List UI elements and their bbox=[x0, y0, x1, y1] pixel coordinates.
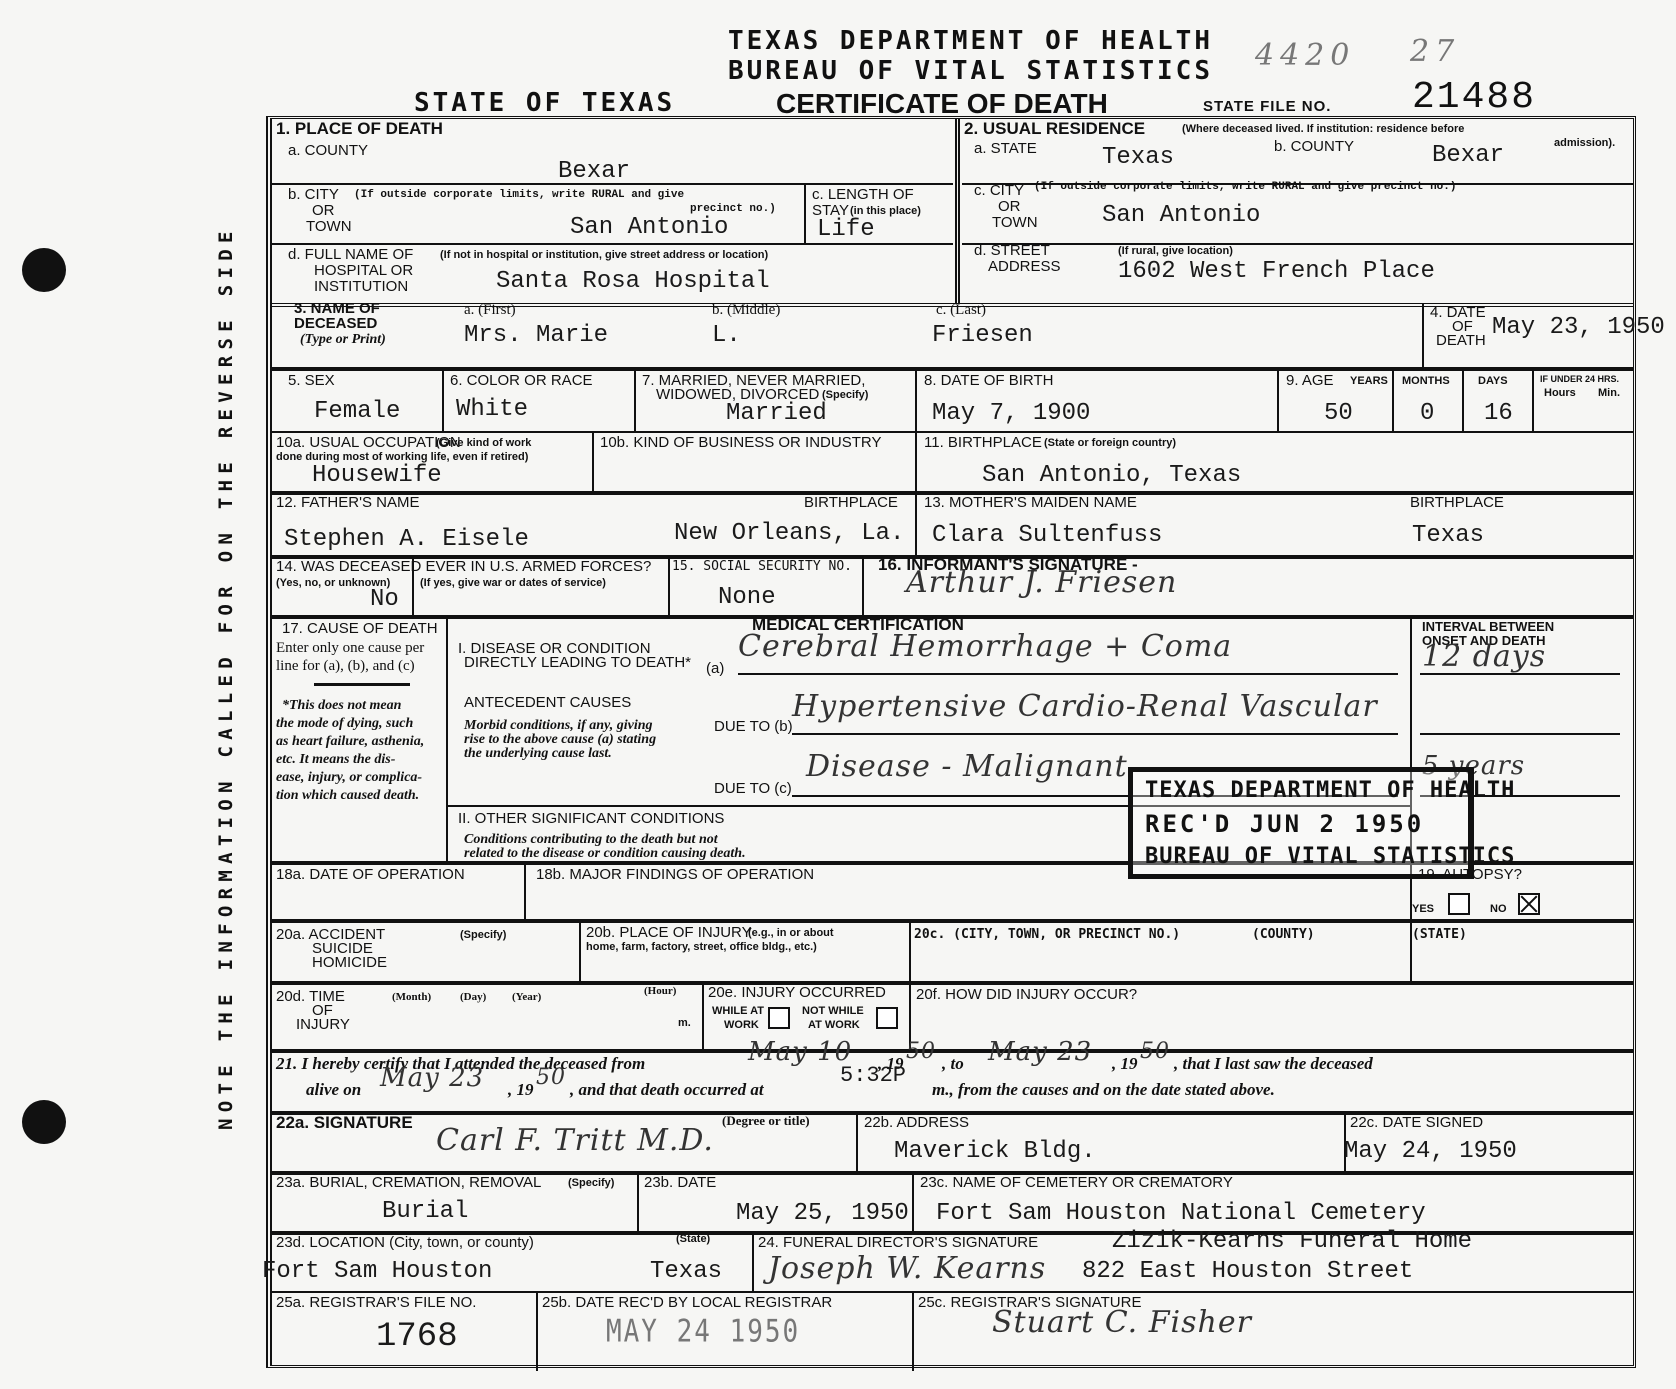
sex-label: 5. SEX bbox=[288, 373, 335, 388]
war-dates-hint: (If yes, give war or dates of service) bbox=[420, 577, 606, 589]
res-city-label: c. CITY bbox=[974, 183, 1024, 198]
alive-on-text: alive on bbox=[306, 1081, 361, 1099]
alive-on-field[interactable]: May 23 bbox=[380, 1063, 484, 1093]
city-hint: (If outside corporate limits, write RURA… bbox=[354, 189, 684, 201]
time-label: 20d. TIME bbox=[276, 989, 345, 1004]
attended-to-field[interactable]: May 23 bbox=[988, 1037, 1092, 1067]
first-name-label: a. (First) bbox=[464, 303, 516, 318]
name-of-label: 3. NAME OF bbox=[294, 301, 380, 316]
death-label: DEATH bbox=[1436, 333, 1486, 348]
funeral-director-signature[interactable]: Joseph W. Kearns bbox=[768, 1251, 1046, 1286]
degree-label: (Degree or title) bbox=[722, 1115, 810, 1127]
day-label: (Day) bbox=[460, 991, 486, 1003]
cause-instruction-2: line for (a), (b), and (c) bbox=[276, 659, 415, 674]
min-label: Min. bbox=[1598, 387, 1620, 399]
antecedent-label: ANTECEDENT CAUSES bbox=[464, 695, 631, 710]
autopsy-no-checkbox[interactable] bbox=[1518, 893, 1540, 915]
cause-a-line bbox=[738, 673, 1398, 675]
age-label: 9. AGE bbox=[1286, 373, 1334, 388]
autopsy-label: 19. AUTOPSY? bbox=[1418, 867, 1522, 882]
department-title: TEXAS DEPARTMENT OF HEALTH bbox=[728, 26, 1213, 56]
funeral-address-field[interactable]: 822 East Houston Street bbox=[1082, 1259, 1413, 1285]
death-time-field[interactable]: 5:32P bbox=[840, 1063, 906, 1089]
res-city-hint: (If outside corporate limits, write RURA… bbox=[1034, 181, 1456, 193]
handwritten-ref-1: 4420 bbox=[1255, 38, 1355, 73]
cemetery-field[interactable]: Fort Sam Houston National Cemetery bbox=[936, 1201, 1426, 1227]
interval-a-field[interactable]: 12 days bbox=[1422, 639, 1546, 674]
location-label: 23d. LOCATION (City, town, or county) bbox=[276, 1235, 534, 1250]
city-label: b. CITY bbox=[288, 187, 339, 202]
age-days-field[interactable]: 16 bbox=[1484, 401, 1513, 427]
note-line-5: ease, injury, or complica- bbox=[276, 769, 422, 787]
place-of-injury-hint-2: home, farm, factory, street, office bldg… bbox=[586, 941, 817, 953]
burial-date-label: 23b. DATE bbox=[644, 1175, 716, 1190]
autopsy-no-label: NO bbox=[1490, 903, 1507, 915]
hospital-label: d. FULL NAME OF bbox=[288, 247, 413, 262]
place-of-death-label: 1. PLACE OF DEATH bbox=[276, 121, 443, 136]
res-city-field[interactable]: San Antonio bbox=[1102, 203, 1260, 229]
length-of-stay-label: c. LENGTH OF bbox=[812, 187, 914, 202]
hospital-field[interactable]: Santa Rosa Hospital bbox=[496, 269, 770, 295]
certify-text-6: , 19 bbox=[508, 1081, 534, 1099]
stay-field[interactable]: Life bbox=[817, 217, 875, 243]
work-label: WORK bbox=[724, 1019, 759, 1031]
father-label: 12. FATHER'S NAME bbox=[276, 495, 419, 510]
date-signed-field[interactable]: May 24, 1950 bbox=[1344, 1139, 1517, 1165]
stamp-line-2: REC'D JUN 2 1950 bbox=[1145, 810, 1424, 838]
occupation-label: 10a. USUAL OCCUPATION bbox=[276, 435, 461, 450]
state-title: STATE OF TEXAS bbox=[414, 88, 675, 118]
note-line-4: etc. It means the dis- bbox=[276, 751, 395, 769]
injury-label: INJURY bbox=[296, 1017, 350, 1032]
other-conditions-label: II. OTHER SIGNIFICANT CONDITIONS bbox=[458, 811, 724, 826]
at-work-label: AT WORK bbox=[808, 1019, 860, 1031]
under-24-label: IF UNDER 24 HRS. bbox=[1540, 373, 1619, 385]
burial-hint: (Specify) bbox=[568, 1177, 614, 1189]
res-state-label: a. STATE bbox=[974, 141, 1037, 156]
certify-text-4: , 19 bbox=[1112, 1055, 1138, 1073]
cemetery-label: 23c. NAME OF CEMETERY OR CREMATORY bbox=[920, 1175, 1233, 1190]
cause-label: 17. CAUSE OF DEATH bbox=[282, 621, 438, 636]
middle-name-field[interactable]: L. bbox=[712, 323, 741, 349]
burial-date-field[interactable]: May 25, 1950 bbox=[736, 1201, 909, 1227]
occupation-field[interactable]: Housewife bbox=[312, 463, 442, 489]
birthplace-hint: (State or foreign country) bbox=[1044, 437, 1176, 449]
county-label: a. COUNTY bbox=[288, 143, 368, 158]
street-field[interactable]: 1602 West French Place bbox=[1118, 259, 1435, 285]
father-birthplace-label: BIRTHPLACE bbox=[804, 495, 898, 510]
binder-hole-bottom bbox=[22, 1100, 66, 1144]
race-field[interactable]: White bbox=[456, 397, 528, 423]
physician-address-field[interactable]: Maverick Bldg. bbox=[894, 1139, 1096, 1165]
cause-a-label: (a) bbox=[706, 661, 724, 676]
certify-text-8: m., from the causes and on the date stat… bbox=[932, 1081, 1275, 1099]
hospital-or-label: HOSPITAL OR bbox=[314, 263, 413, 278]
reverse-side-note: NOTE THE INFORMATION CALLED FOR ON THE R… bbox=[215, 225, 237, 1130]
address-label: ADDRESS bbox=[988, 259, 1061, 274]
how-injury-label: 20f. HOW DID INJURY OCCUR? bbox=[916, 987, 1137, 1002]
or-label: OR bbox=[312, 203, 335, 218]
m-label: m. bbox=[678, 1017, 691, 1029]
registrar-signature[interactable]: Stuart C. Fisher bbox=[992, 1305, 1252, 1340]
days-label: DAYS bbox=[1478, 375, 1508, 387]
industry-label: 10b. KIND OF BUSINESS OR INDUSTRY bbox=[600, 435, 881, 450]
injury-city-label: 20c. (CITY, TOWN, OR PRECINCT NO.) bbox=[914, 927, 1180, 942]
cause-c-label: DUE TO (c) bbox=[714, 781, 792, 796]
death-city-field[interactable]: San Antonio bbox=[570, 215, 728, 241]
res-state-field[interactable]: Texas bbox=[1102, 145, 1174, 171]
while-at-work-checkbox[interactable] bbox=[768, 1007, 790, 1029]
handwritten-ref-2: 27 bbox=[1410, 34, 1460, 69]
mother-field[interactable]: Clara Sultenfuss bbox=[932, 523, 1162, 549]
usual-residence-label: 2. USUAL RESIDENCE bbox=[964, 121, 1145, 136]
month-label: (Month) bbox=[392, 991, 431, 1003]
cause-b-label: DUE TO (b) bbox=[714, 719, 793, 734]
certificate-form: 1. PLACE OF DEATH a. COUNTY Bexar b. CIT… bbox=[266, 116, 1636, 1368]
burial-location-field[interactable]: Fort Sam Houston bbox=[262, 1259, 492, 1285]
age-years-field[interactable]: 50 bbox=[1324, 401, 1353, 427]
not-while-at-work-checkbox[interactable] bbox=[876, 1007, 898, 1029]
marital-field[interactable]: Married bbox=[726, 401, 827, 427]
armed-forces-label: 14. WAS DECEASED EVER IN U.S. ARMED FORC… bbox=[276, 559, 651, 574]
operation-date-label: 18a. DATE OF OPERATION bbox=[276, 867, 465, 882]
date-of-death-field[interactable]: May 23, 1950 bbox=[1492, 315, 1665, 341]
town-label: TOWN bbox=[306, 219, 352, 234]
res-town-label: TOWN bbox=[992, 215, 1038, 230]
signature-label: 22a. SIGNATURE bbox=[276, 1115, 413, 1130]
morbid-hint-3: the underlying cause last. bbox=[464, 745, 612, 763]
physician-signature[interactable]: Carl F. Tritt M.D. bbox=[436, 1123, 714, 1158]
armed-forces-field[interactable]: No bbox=[370, 587, 399, 613]
months-label: MONTHS bbox=[1402, 375, 1450, 387]
cause-b-line bbox=[792, 733, 1398, 735]
injury-occurred-label: 20e. INJURY OCCURRED bbox=[708, 985, 886, 1000]
ssn-field[interactable]: None bbox=[718, 585, 776, 611]
year-label: (Year) bbox=[512, 991, 541, 1003]
street-label: d. STREET bbox=[974, 243, 1050, 258]
burial-label: 23a. BURIAL, CREMATION, REMOVAL bbox=[276, 1175, 541, 1190]
cause-c-field[interactable]: Disease - Malignant bbox=[806, 749, 1128, 784]
res-county-field[interactable]: Bexar bbox=[1432, 143, 1504, 169]
type-or-print-label: (Type or Print) bbox=[300, 331, 386, 349]
from-year-field[interactable]: 50 bbox=[906, 1039, 936, 1064]
father-field[interactable]: Stephen A. Eisele bbox=[284, 527, 529, 553]
note-line-6: tion which caused death. bbox=[276, 787, 419, 805]
while-at-label: WHILE AT bbox=[712, 1005, 764, 1017]
note-line-1: *This does not mean bbox=[282, 697, 401, 715]
place-of-injury-hint: (e.g., in or about bbox=[748, 927, 834, 939]
mother-birthplace-label: BIRTHPLACE bbox=[1410, 495, 1504, 510]
registrar-file-label: 25a. REGISTRAR'S FILE NO. bbox=[276, 1295, 476, 1310]
residence-hint: (Where deceased lived. If institution: r… bbox=[1182, 123, 1464, 135]
occupation-hint: (Give kind of work bbox=[436, 437, 531, 449]
age-months-field[interactable]: 0 bbox=[1420, 401, 1434, 427]
father-birthplace-field[interactable]: New Orleans, La. bbox=[674, 521, 904, 547]
address-label: 22b. ADDRESS bbox=[864, 1115, 969, 1130]
mother-label: 13. MOTHER'S MAIDEN NAME bbox=[924, 495, 1137, 510]
binder-hole-top bbox=[22, 248, 66, 292]
alive-year-field[interactable]: 50 bbox=[536, 1065, 566, 1090]
institution-label: INSTITUTION bbox=[314, 279, 408, 294]
last-name-field[interactable]: Friesen bbox=[932, 323, 1033, 349]
cause-b-field[interactable]: Hypertensive Cardio-Renal Vascular bbox=[792, 689, 1378, 724]
mother-birthplace-field[interactable]: Texas bbox=[1412, 523, 1484, 549]
race-label: 6. COLOR OR RACE bbox=[450, 373, 593, 388]
injury-county-label: (COUNTY) bbox=[1252, 927, 1315, 942]
state-file-label: STATE FILE NO. bbox=[1203, 98, 1331, 115]
note-line-2: the mode of dying, such bbox=[276, 715, 413, 733]
certify-text-3: , to bbox=[942, 1055, 964, 1073]
homicide-label: HOMICIDE bbox=[312, 955, 387, 970]
dob-field[interactable]: May 7, 1900 bbox=[932, 401, 1090, 427]
burial-state-field[interactable]: Texas bbox=[650, 1259, 722, 1285]
dob-label: 8. DATE OF BIRTH bbox=[924, 373, 1053, 388]
certify-text-5: , that I last saw the deceased bbox=[1174, 1055, 1373, 1073]
note-line-3: as heart failure, asthenia, bbox=[276, 733, 424, 751]
to-year-field[interactable]: 50 bbox=[1140, 1039, 1170, 1064]
date-received-stamp: MAY 24 1950 bbox=[606, 1314, 800, 1350]
marital-hint: (Specify) bbox=[822, 389, 868, 401]
res-county-label: b. COUNTY bbox=[1274, 139, 1354, 154]
place-of-injury-label: 20b. PLACE OF INJURY bbox=[586, 925, 752, 940]
birthplace-label: 11. BIRTHPLACE bbox=[924, 435, 1042, 450]
received-stamp: TEXAS DEPARTMENT OF HEALTH REC'D JUN 2 1… bbox=[1128, 767, 1474, 879]
stamp-line-1: TEXAS DEPARTMENT OF HEALTH bbox=[1145, 778, 1515, 803]
burial-state-label: (State) bbox=[676, 1233, 710, 1245]
deceased-label: DECEASED bbox=[294, 316, 377, 331]
middle-name-label: b. (Middle) bbox=[712, 303, 780, 318]
interval-a-line bbox=[1420, 673, 1620, 675]
ssn-label: 15. SOCIAL SECURITY NO. bbox=[672, 559, 852, 574]
hour-label: (Hour) bbox=[644, 985, 676, 997]
date-received-label: 25b. DATE REC'D BY LOCAL REGISTRAR bbox=[542, 1295, 832, 1310]
cause-instruction-1: Enter only one cause per bbox=[276, 641, 424, 656]
disposition-field[interactable]: Burial bbox=[382, 1199, 468, 1225]
first-name-field[interactable]: Mrs. Marie bbox=[464, 323, 608, 349]
date-signed-label: 22c. DATE SIGNED bbox=[1350, 1115, 1483, 1130]
interval-label: INTERVAL BETWEEN bbox=[1422, 621, 1554, 633]
death-county-field[interactable]: Bexar bbox=[558, 159, 630, 185]
cause-a-field[interactable]: Cerebral Hemorrhage + Coma bbox=[738, 629, 1232, 664]
funeral-director-label: 24. FUNERAL DIRECTOR'S SIGNATURE bbox=[758, 1235, 1038, 1250]
sex-field[interactable]: Female bbox=[314, 399, 400, 425]
divider bbox=[314, 683, 410, 686]
hours-label: Hours bbox=[1544, 387, 1576, 399]
injury-state-label: (STATE) bbox=[1412, 927, 1467, 942]
attended-from-field[interactable]: May 10 bbox=[748, 1037, 852, 1067]
specify-hint: (Specify) bbox=[460, 929, 506, 941]
birthplace-field[interactable]: San Antonio, Texas bbox=[982, 463, 1241, 489]
informant-signature[interactable]: Arthur J. Friesen bbox=[906, 565, 1177, 600]
other-conditions-hint-2: related to the disease or condition caus… bbox=[464, 845, 746, 863]
years-label: YEARS bbox=[1350, 375, 1388, 387]
res-or-label: OR bbox=[998, 199, 1021, 214]
registrar-file-field[interactable]: 1768 bbox=[376, 1317, 458, 1357]
not-while-label: NOT WHILE bbox=[802, 1005, 864, 1017]
funeral-home-field[interactable]: Zizik-Kearns Funeral Home bbox=[1112, 1229, 1472, 1255]
hospital-hint: (If not in hospital or institution, give… bbox=[440, 249, 768, 261]
last-name-label: c. (Last) bbox=[936, 303, 986, 318]
autopsy-yes-label: YES bbox=[1412, 903, 1434, 915]
bureau-title: BUREAU OF VITAL STATISTICS bbox=[728, 56, 1213, 86]
certify-text-7: , and that death occurred at bbox=[570, 1081, 764, 1099]
residence-hint-2: admission). bbox=[1554, 137, 1615, 149]
interval-b-line bbox=[1420, 733, 1620, 735]
directly-leading-label: DIRECTLY LEADING TO DEATH* bbox=[464, 655, 691, 670]
operation-findings-label: 18b. MAJOR FINDINGS OF OPERATION bbox=[536, 867, 814, 882]
street-hint: (If rural, give location) bbox=[1118, 245, 1233, 257]
state-file-number: 21488 bbox=[1412, 76, 1536, 119]
autopsy-yes-checkbox[interactable] bbox=[1448, 893, 1470, 915]
